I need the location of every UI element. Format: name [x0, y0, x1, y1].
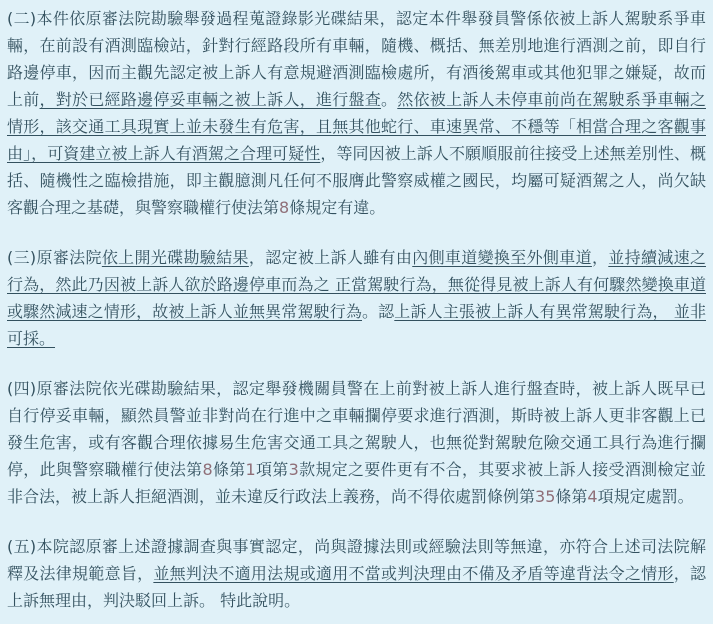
underlined-text: ，對於已經路邊停妥車輛之被上訴人，進行盤查 — [40, 90, 381, 109]
law-article-number: 1 — [246, 460, 256, 479]
paragraph-1: (二)本件依原審法院勘驗舉發過程蒐證錄影光碟結果，認定本件舉發員警係依被上訴人駕… — [7, 5, 706, 221]
law-article-number: 8 — [202, 460, 212, 479]
law-article-number: 8 — [279, 198, 289, 217]
text-segment: 項第 — [256, 460, 289, 479]
text-segment: (三)原審法院 — [7, 248, 102, 267]
paragraph-4: (五)本院認原審上述證據調查與事實認定，尚與證據法則或經驗法則等無違，亦符合上述… — [7, 533, 706, 614]
paragraph-2: (三)原審法院依上開光碟勘驗結果，認定被上訴人雖有由內側車道變換至外側車道，並持… — [7, 244, 706, 352]
text-segment: 。 — [381, 90, 397, 109]
document-page: { "colors": { "page_background": "#e0f1f… — [0, 0, 713, 624]
law-article-number: 35 — [535, 487, 555, 506]
text-segment: 。認 — [362, 302, 394, 321]
underlined-text: 依上開光碟勘驗結果 — [102, 248, 249, 267]
paragraph-3: (四)原審法院依光碟勘驗結果，認定舉發機關員警在上前對被上訴人進行盤查時，被上訴… — [7, 375, 706, 510]
text-segment: 項規定處罰。 — [598, 487, 694, 506]
law-article-number: 3 — [289, 460, 299, 479]
text-segment: 條第 — [555, 487, 587, 506]
text-segment: 條第 — [213, 460, 246, 479]
underlined-text: 內側車道變換至外側車道 — [412, 248, 592, 267]
underlined-text: 並無判決不適用法規或適用不當或判決理由不備及矛盾等違背法令之情形 — [153, 564, 673, 583]
text-segment: ，認定被上訴人雖有由 — [249, 248, 412, 267]
text-segment: 條規定有違。 — [289, 198, 385, 217]
law-article-number: 4 — [587, 487, 597, 506]
judgment-text-body: (二)本件依原審法院勘驗舉發過程蒐證錄影光碟結果，認定本件舉發員警係依被上訴人駕… — [7, 5, 706, 614]
text-segment: ， — [592, 248, 608, 267]
